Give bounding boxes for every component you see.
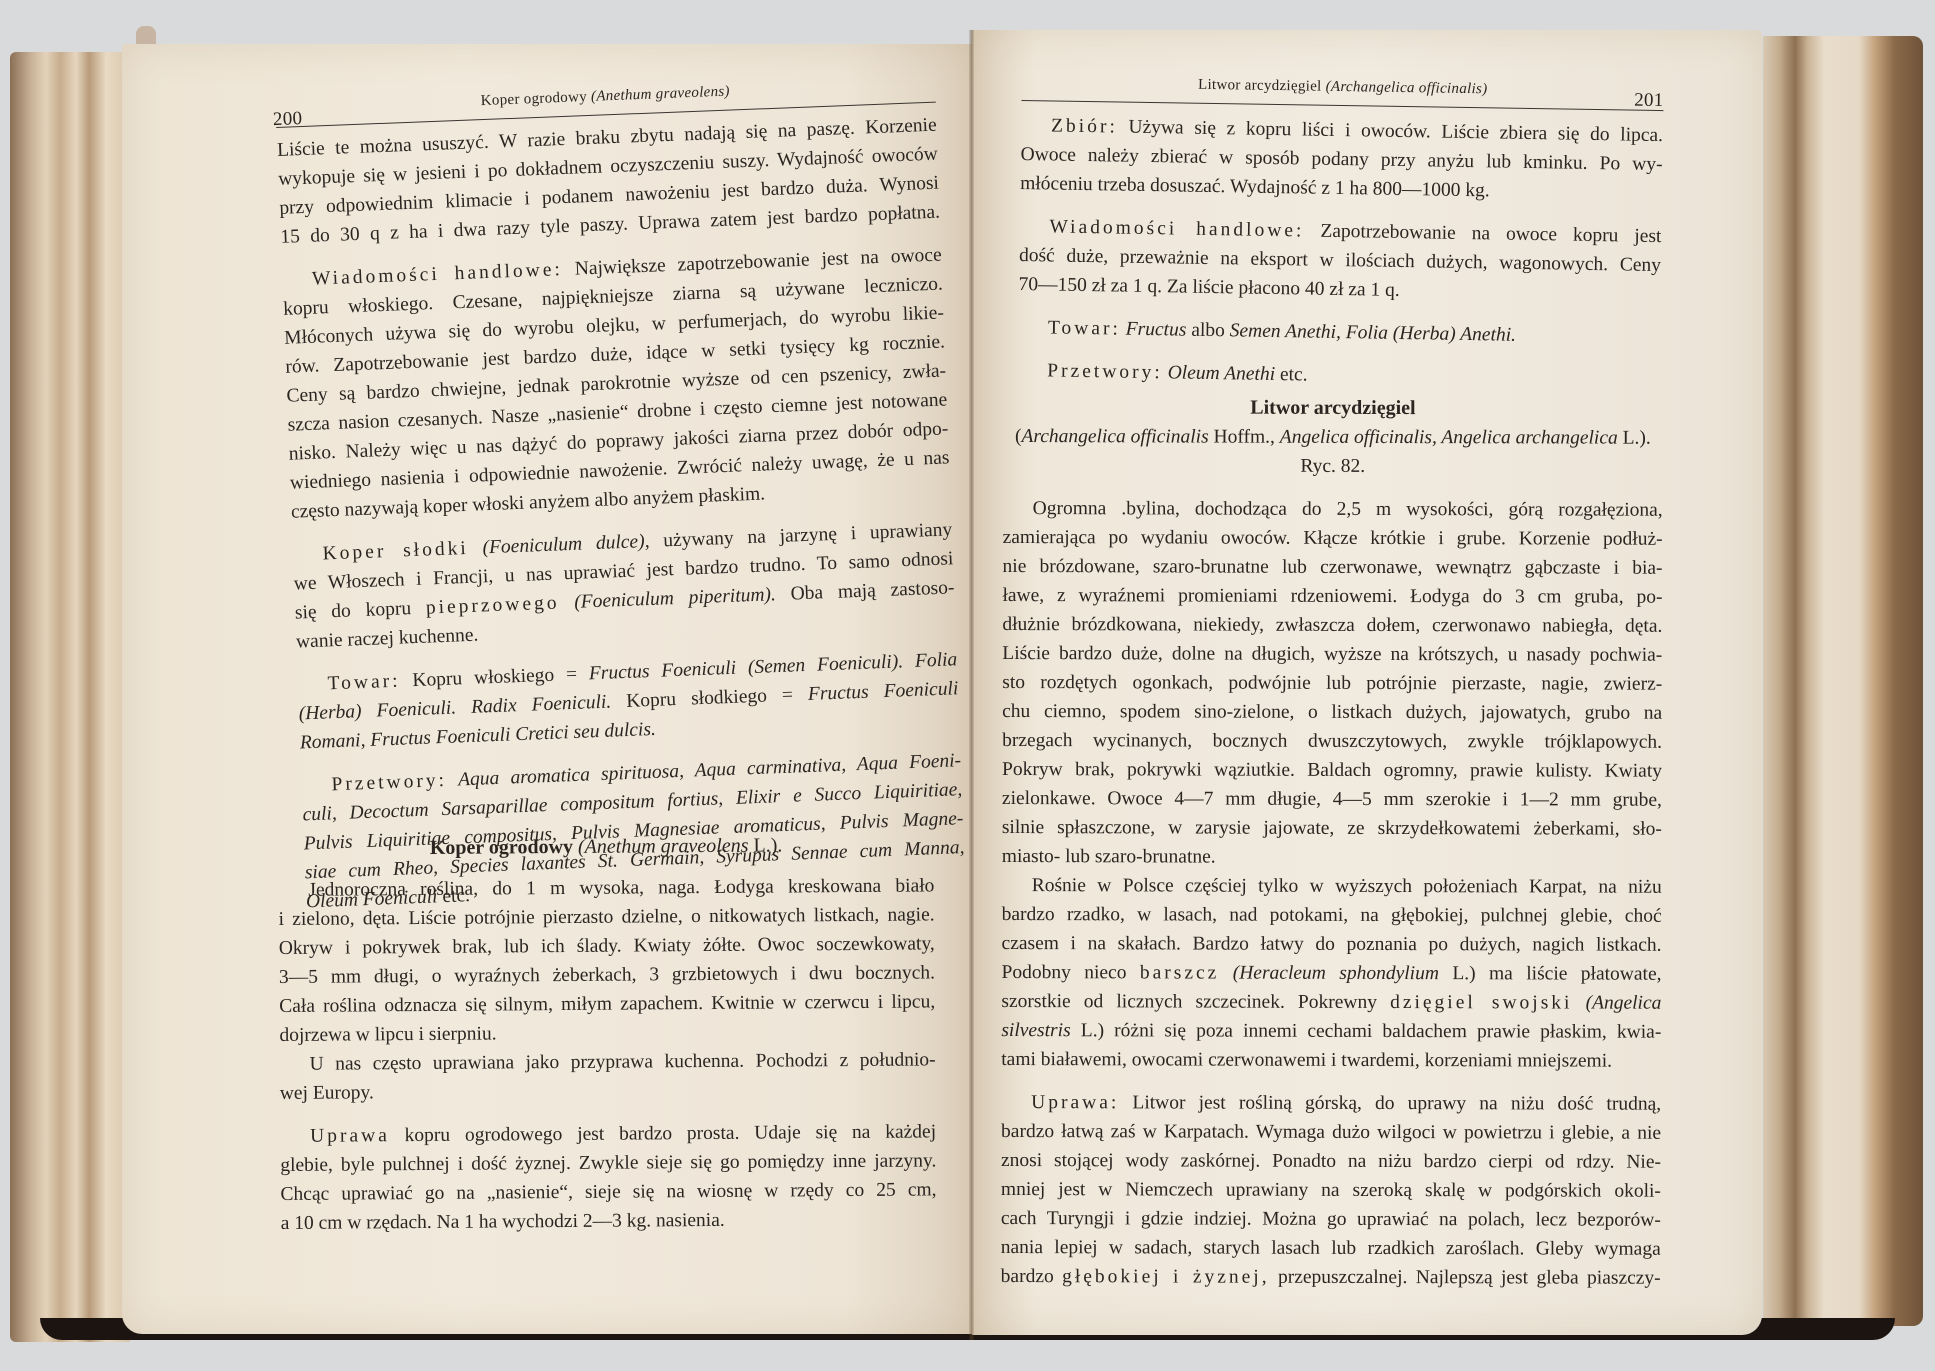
open-book-photo: 200 Koper ogrodowy (Anethum graveolens) … xyxy=(0,0,1935,1371)
text-line: bardzo rzadko, w lasach, nad potokami, n… xyxy=(1002,900,1662,931)
running-head-title: Koper ogrodowy xyxy=(480,89,587,109)
latin-name: Fructus Foeniculi xyxy=(808,678,959,705)
text-line: Cała roślina odznacza się silnym, miłym … xyxy=(279,987,935,1021)
text-line: tami białawemi, owocami czerwonawemi i t… xyxy=(1001,1045,1661,1076)
latin-name: Semen Anethi, Folia (Herba) Anethi. xyxy=(1230,320,1517,345)
text-line: Okryw i pokrywek brak, lub ich ślady. Kw… xyxy=(279,929,935,963)
running-head-latin: (Archangelica officinalis) xyxy=(1326,79,1488,98)
text-line: silnie spłaszczone, w zarysie jajowate, … xyxy=(1002,813,1662,844)
latin-name: (Foeniculum piperitum). xyxy=(574,584,776,613)
text-line: ławe, z wyraźnemi promieniami rdzeniowem… xyxy=(1002,581,1662,612)
running-head-latin: (Anethum graveolens) xyxy=(591,84,730,105)
text-line: Chcąc uprawiać go na „nasienie“, sieje s… xyxy=(280,1175,936,1209)
right-page-content-bottom: Litwor arcydzięgiel (Archangelica offici… xyxy=(1001,393,1663,1293)
text-line: Rośnie w Polsce częściej tylko w wyższyc… xyxy=(1002,871,1662,902)
spaced-term: dzięgiel swojski xyxy=(1390,992,1572,1013)
figure-reference: Ryc. 82. xyxy=(1003,451,1663,482)
book-gutter xyxy=(969,30,974,1340)
spaced-term: barszcz xyxy=(1140,962,1220,983)
towar-label: Towar: xyxy=(1048,317,1121,339)
text-line: silvestris L.) różni się poza innemi cec… xyxy=(1001,1016,1661,1047)
text-line: cach Turyngji i gdzie indziej. Można go … xyxy=(1001,1204,1661,1235)
text-line: wej Europy. xyxy=(280,1074,936,1108)
text-fragment: Kopru słodkiego = xyxy=(626,685,793,712)
uprawa-line: Uprawa kopru ogrodowego jest bardzo pros… xyxy=(280,1117,936,1151)
right-page-content-top: Litwor arcydzięgiel (Archangelica offici… xyxy=(1017,68,1664,395)
section-latin: (Anethum graveolens xyxy=(578,835,749,858)
text-fragment: Litwor jest rośliną górską, do uprawy na… xyxy=(1132,1092,1661,1114)
text-line: mniej jest w Niemczech uprawiany na szer… xyxy=(1001,1175,1661,1206)
text-fragment: kopru ogrodowego jest bardzo prosta. Uda… xyxy=(405,1121,937,1146)
towar-label: Towar: xyxy=(327,671,401,695)
spaced-term: głębokiej i żyznej, xyxy=(1062,1266,1270,1288)
text-line: dłużnie brózdkowana, niekiedy, zwłaszcza… xyxy=(1002,610,1662,641)
text-line: 3—5 mm długi, o wyraźnych żeberkach, 3 g… xyxy=(279,958,935,992)
text-fragment: Kopru włoskiego = xyxy=(412,664,577,691)
text-fragment: przepuszczalnej. Najlepszą jest gleba pi… xyxy=(1278,1267,1661,1289)
text-fragment: etc. xyxy=(1280,364,1308,385)
text-line: Ogromna .bylina, dochodząca do 2,5 m wys… xyxy=(1003,494,1663,525)
text-line: glebie, byle pulchnej i dość żyznej. Zwy… xyxy=(280,1146,936,1180)
text-fragment: albo xyxy=(1191,320,1225,342)
zbior-label: Zbiór: xyxy=(1051,115,1118,137)
book-left-edge xyxy=(10,52,130,1342)
author: L.). xyxy=(1623,428,1651,449)
latin-name: Angelica officinalis, Angelica archangel… xyxy=(1280,427,1618,449)
text-line: i zielono, dęta. Liście potrójnie pierza… xyxy=(278,900,934,934)
latin-name: (Foeniculum dulce), xyxy=(482,531,650,558)
przetwory-label: Przetwory: xyxy=(1047,360,1163,383)
latin-name: (Angelica xyxy=(1586,993,1662,1014)
text-line: miasto- lub szaro-brunatne. xyxy=(1002,842,1662,873)
przetwory-label: Przetwory: xyxy=(331,770,447,795)
left-page-content-top: 200 Koper ogrodowy (Anethum graveolens) … xyxy=(275,70,966,917)
wiadomosci-label: Wiadomości handlowe: xyxy=(1049,216,1304,241)
section-heading-koper-ogrodowy: Koper ogrodowy (Anethum graveolens L.). xyxy=(278,830,934,864)
section-synonyms: (Archangelica officinalis Hoffm., Angeli… xyxy=(1003,422,1663,453)
text-line: nania lepiej w sadach, starych lasach lu… xyxy=(1001,1233,1661,1264)
text-line: zamierająca po wydaniu owoców. Kłącze kr… xyxy=(1003,523,1663,554)
section-title-litwor: Litwor arcydzięgiel xyxy=(1003,393,1663,424)
uprawa-line: Uprawa: Litwor jest rośliną górską, do u… xyxy=(1001,1088,1661,1119)
uprawa-label: Uprawa: xyxy=(1031,1092,1119,1113)
text-line: U nas często uprawiana jako przyprawa ku… xyxy=(280,1045,936,1079)
text-line: sto rozdętych ogonkach, podwójnie lub po… xyxy=(1002,668,1662,699)
text-fragment: szorstkie od licznych szczecinek. Pokrew… xyxy=(1001,991,1377,1013)
latin-name: Archangelica officinalis xyxy=(1021,426,1208,447)
text-fragment: L.) różni się poza innemi cechami baldac… xyxy=(1081,1020,1662,1043)
text-fragment: Używa się z kopru liści i owoców. Liście… xyxy=(1128,117,1663,146)
latin-name: silvestris xyxy=(1001,1020,1070,1041)
text-line: czasem i na skałach. Bardzo łatwy do poz… xyxy=(1002,929,1662,960)
latin-name: Fructus xyxy=(1126,319,1187,341)
text-line: znosi stojącej wody zaskórnej. Ponadto n… xyxy=(1001,1146,1661,1177)
left-page-content-bottom: Koper ogrodowy (Anethum graveolens L.). … xyxy=(278,830,937,1238)
text-line: a 10 cm w rzędach. Na 1 ha wychodzi 2—3 … xyxy=(281,1204,937,1238)
book-right-edge xyxy=(1763,36,1923,1326)
author: Hoffm., xyxy=(1214,427,1275,448)
latin-name: Oleum Anethi xyxy=(1168,362,1276,385)
text-line: zielonkawe. Owoce 4—7 mm długie, 4—5 mm … xyxy=(1002,784,1662,815)
running-head-title: Litwor arcydzięgiel xyxy=(1198,77,1322,95)
text-fragment: Oba mają zastoso- xyxy=(790,577,955,604)
text-line: bardzo łatwą zaś w Karpatach. Wymaga duż… xyxy=(1001,1117,1661,1148)
text-line: Pokryw brak, pokrywki wąziutkie. Baldach… xyxy=(1002,755,1662,786)
text-line: brzegach wycinanych, bocznych dwuszczyto… xyxy=(1002,726,1662,757)
spaced-term: pieprzowego xyxy=(425,592,559,618)
text-fragment: bardzo xyxy=(1001,1266,1054,1287)
text-line: Jednoroczna roślina, do 1 m wysoka, naga… xyxy=(278,871,934,905)
text-line: Liście bardzo duże, dolne na długich, wy… xyxy=(1002,639,1662,670)
text-fragment: się do kopru xyxy=(295,598,412,623)
koper-slodki-label: Koper słodki xyxy=(322,538,469,565)
text-line: dojrzewa w lipcu i sierpniu. xyxy=(279,1016,935,1050)
text-fragment: Podobny nieco xyxy=(1001,962,1126,983)
text-line: bardzo głębokiej i żyznej, przepuszczaln… xyxy=(1001,1262,1661,1293)
section-author: L.). xyxy=(753,834,782,856)
text-line: szorstkie od licznych szczecinek. Pokrew… xyxy=(1001,987,1661,1018)
section-title: Koper ogrodowy xyxy=(430,836,573,859)
latin-name: (Heracleum sphondylium xyxy=(1233,963,1439,985)
uprawa-label: Uprawa xyxy=(310,1125,390,1147)
page-number-right: 201 xyxy=(1634,86,1664,115)
text-fragment: L.) ma liście płatowate, xyxy=(1452,963,1661,985)
text-line: nie brózdowane, szaro-brunatne lub czerw… xyxy=(1003,552,1663,583)
page-number-left: 200 xyxy=(272,104,302,134)
text-line: Podobny nieco barszcz (Heracleum sphondy… xyxy=(1001,958,1661,989)
text-fragment: Zapotrzebowanie na owoce kopru jest xyxy=(1320,221,1661,247)
text-line: chu ciemno, spodem sino-zielone, o listk… xyxy=(1002,697,1662,728)
